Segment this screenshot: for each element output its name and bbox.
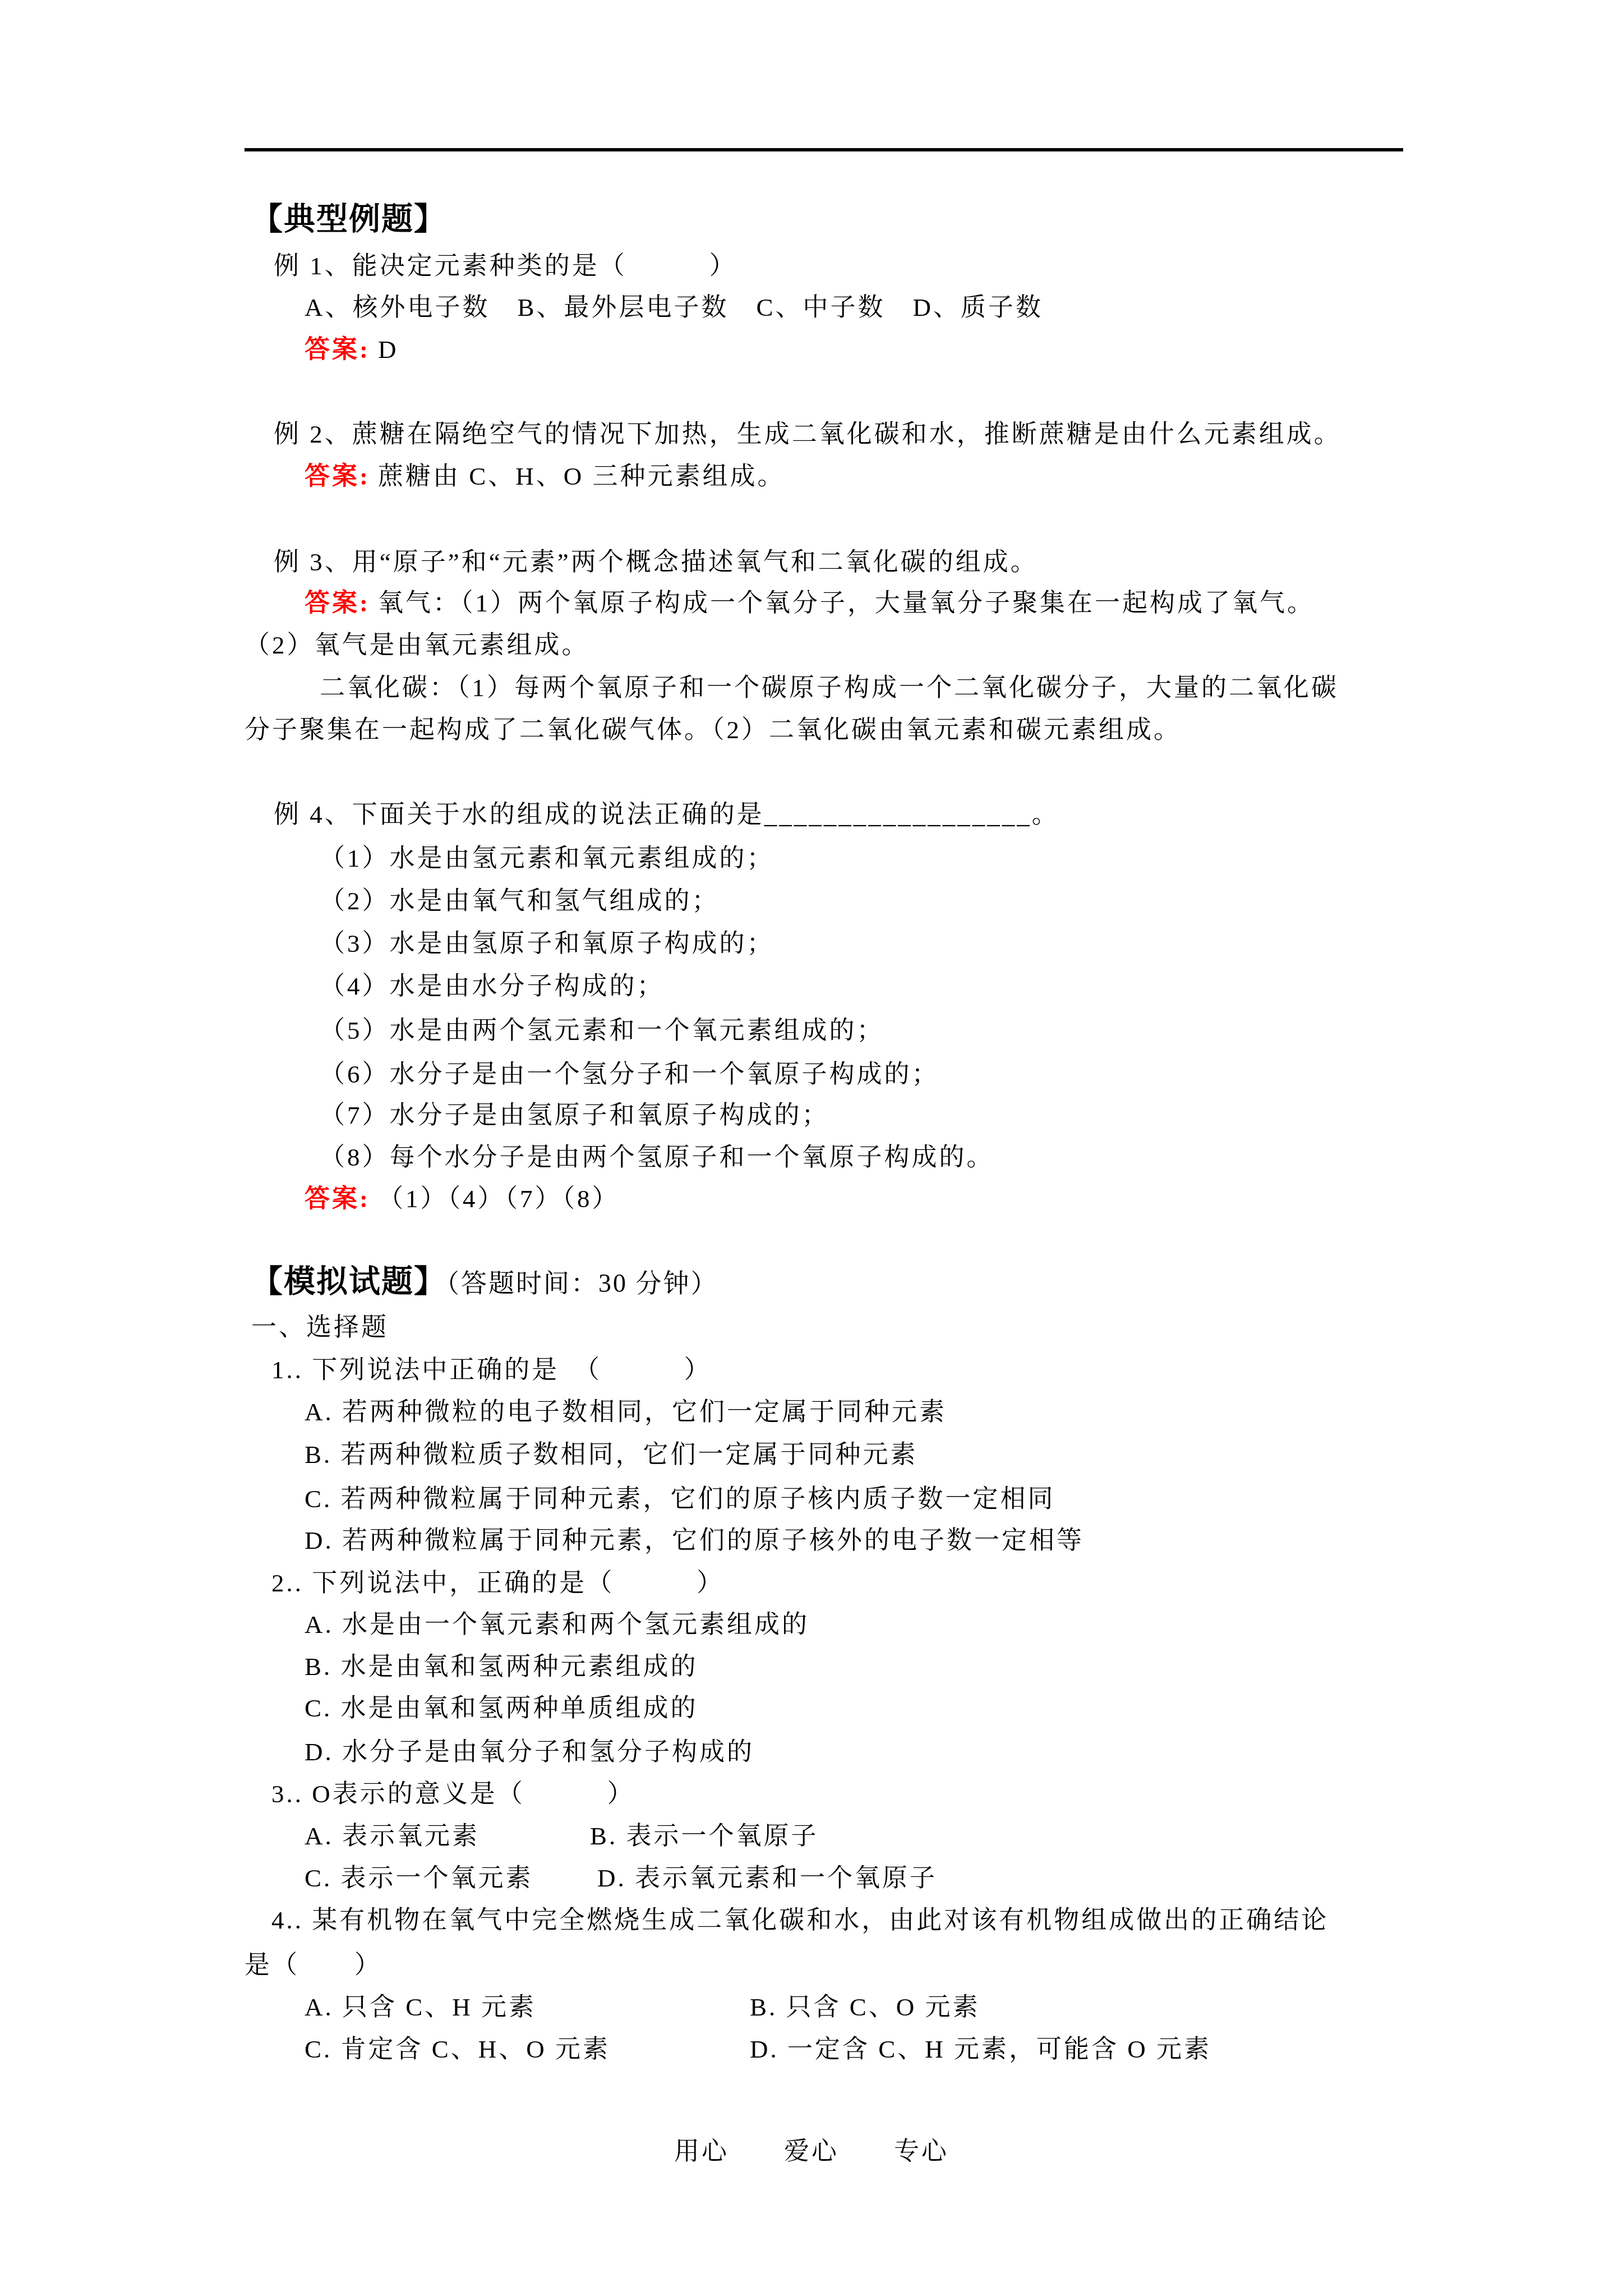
example1-answer: 答案:D — [305, 334, 399, 365]
question4-option-d: D. 一定含 C、H 元素，可能含 O 元素 — [750, 2034, 1211, 2064]
answer-label: 答案: — [305, 335, 370, 364]
page-footer: 用心 爱心 专心 — [0, 2131, 1623, 2167]
example3-answer-line1: 答案:氧气：（1）两个氧原子构成一个氧分子，大量氧分子聚集在一起构成了氧气。 — [305, 588, 1315, 618]
section-divider-rule — [245, 148, 1403, 151]
example3-question: 例 3、用“原子”和“元素”两个概念描述氧气和二氧化碳的组成。 — [274, 547, 1038, 577]
example4-item-3: （3）水是由氢原子和氧原子构成的； — [320, 928, 774, 959]
example2-answer: 答案:蔗糖由 C、H、O 三种元素组成。 — [305, 461, 785, 491]
mock-test-title: 【模拟试题】 — [251, 1264, 446, 1299]
question4-stem-line2: 是（ ） — [245, 1950, 382, 1980]
question3-stem: 3.. O表示的意义是（ ） — [271, 1779, 635, 1809]
example4-item-5: （5）水是由两个氢元素和一个氧元素组成的； — [320, 1015, 884, 1046]
answer-text: D — [378, 335, 399, 364]
example1-question: 例 1、能决定元素种类的是（ ） — [274, 251, 737, 281]
question1-option-b: B. 若两种微粒质子数相同，它们一定属于同种元素 — [305, 1439, 918, 1470]
example4-item-7: （7）水分子是由氢原子和氧原子构成的； — [320, 1100, 829, 1130]
question1-option-a: A. 若两种微粒的电子数相同，它们一定属于同种元素 — [305, 1397, 947, 1427]
example4-item-6: （6）水分子是由一个氢分子和一个氧原子构成的； — [320, 1059, 939, 1089]
answer-label: 答案: — [305, 589, 370, 617]
answer-text: 蔗糖由 C、H、O 三种元素组成。 — [378, 462, 785, 490]
question4-stem-line1: 4.. 某有机物在氧气中完全燃烧生成二氧化碳和水，由此对该有机物组成做出的正确结… — [271, 1905, 1329, 1935]
example4-answer: 答案:（1）（4）（7）（8） — [305, 1184, 620, 1214]
example3-answer-line2: （2）氧气是由氧元素组成。 — [245, 630, 589, 660]
question2-option-d: D. 水分子是由氧分子和氢分子构成的 — [305, 1737, 754, 1767]
mock-test-time-limit: （答题时间：30 分钟） — [446, 1269, 718, 1297]
example4-item-1: （1）水是由氢元素和氧元素组成的； — [320, 843, 774, 873]
example1-options: A、核外电子数 B、最外层电子数 C、中子数 D、质子数 — [305, 292, 1043, 323]
question3-option-a: A. 表示氧元素 — [305, 1821, 479, 1851]
question2-option-c: C. 水是由氧和氢两种单质组成的 — [305, 1693, 698, 1723]
answer-text: （1）（4）（7）（8） — [378, 1185, 620, 1213]
example4-item-4: （4）水是由水分子构成的； — [320, 971, 665, 1001]
example4-question: 例 4、下面关于水的组成的说法正确的是__________________。 — [274, 799, 1059, 830]
question2-stem: 2.. 下列说法中，正确的是（ ） — [271, 1568, 724, 1598]
question4-option-a: A. 只含 C、H 元素 — [305, 1992, 536, 2022]
question1-stem: 1.. 下列说法中正确的是 （ ） — [271, 1355, 712, 1385]
question4-option-b: B. 只含 C、O 元素 — [750, 1992, 980, 2022]
example3-answer-line4: 分子聚集在一起构成了二氧化碳气体。（2）二氧化碳由氧元素和碳元素组成。 — [245, 715, 1181, 745]
answer-label: 答案: — [305, 462, 370, 490]
question2-option-b: B. 水是由氧和氢两种元素组成的 — [305, 1651, 698, 1682]
question1-option-d: D. 若两种微粒属于同种元素，它们的原子核外的电子数一定相等 — [305, 1525, 1084, 1556]
example4-item-2: （2）水是由氧气和氢气组成的； — [320, 886, 720, 916]
question2-option-a: A. 水是由一个氧元素和两个氢元素组成的 — [305, 1609, 809, 1640]
example4-item-8: （8）每个水分子是由两个氢原子和一个氧原子构成的。 — [320, 1142, 994, 1172]
footer-motto: 用心 爱心 专心 — [674, 2137, 949, 2165]
example3-answer-line3: 二氧化碳：（1）每两个氧原子和一个碳原子构成一个二氧化碳分子，大量的二氧化碳 — [320, 673, 1339, 703]
section-heading-typical-examples: 【典型例题】 — [251, 201, 446, 238]
question1-option-c: C. 若两种微粒属于同种元素，它们的原子核内质子数一定相同 — [305, 1484, 1055, 1514]
subsection-title-choice: 一、选择题 — [251, 1312, 389, 1342]
answer-text: 氧气：（1）两个氧原子构成一个氧分子，大量氧分子聚集在一起构成了氧气。 — [378, 589, 1315, 617]
example2-question: 例 2、蔗糖在隔绝空气的情况下加热，生成二氧化碳和水，推断蔗糖是由什么元素组成。 — [274, 419, 1341, 449]
section-heading-mock-test: 【模拟试题】（答题时间：30 分钟） — [251, 1263, 718, 1301]
question3-option-b: B. 表示一个氧原子 — [590, 1821, 819, 1851]
question3-option-d: D. 表示氧元素和一个氧原子 — [597, 1863, 937, 1893]
question4-option-c: C. 肯定含 C、H、O 元素 — [305, 2034, 610, 2064]
worksheet-page: { "colors": { "answer_red": "#ff0000", "… — [0, 0, 1623, 2296]
answer-label: 答案: — [305, 1185, 370, 1213]
question3-option-c: C. 表示一个氧元素 — [305, 1863, 533, 1893]
